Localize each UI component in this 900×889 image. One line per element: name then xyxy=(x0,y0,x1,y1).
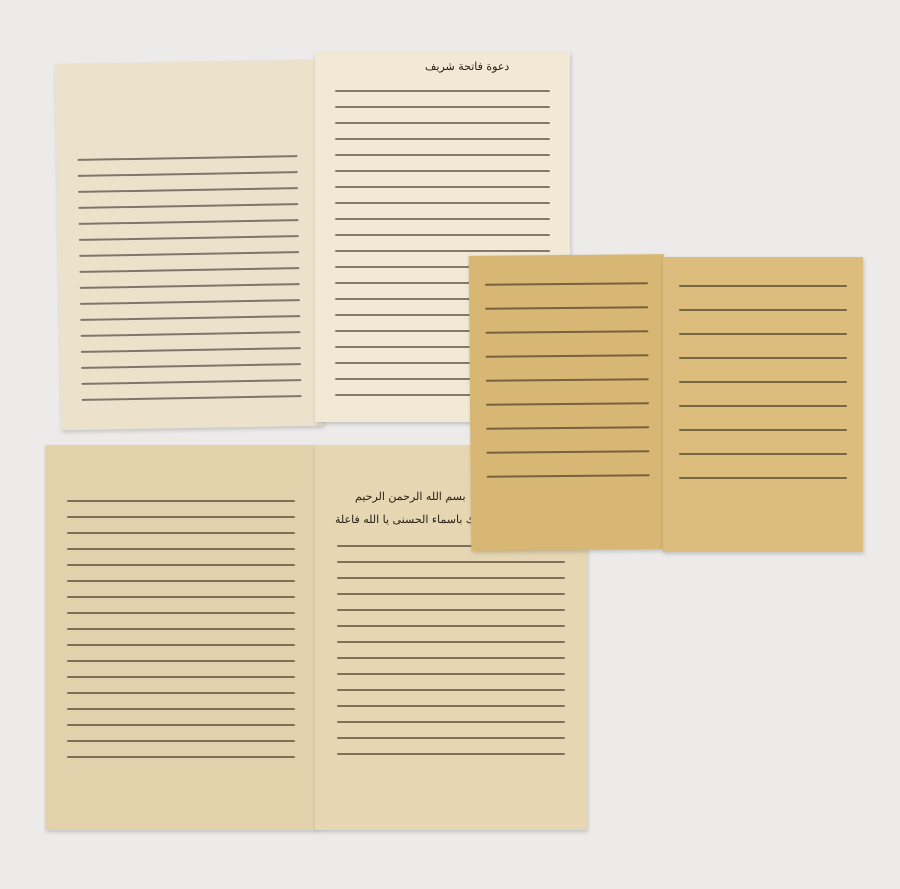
manuscript-top-left-left-page: بسم الله الرحمن الرحيم xyxy=(55,60,323,431)
manuscript-heading: دعوة فاتحة شريف xyxy=(425,60,509,73)
manuscript-small-left-page xyxy=(469,254,667,551)
manuscript-bottom-left-page xyxy=(45,445,317,830)
manuscript-heading: بسم الله الرحمن الرحيم xyxy=(355,490,466,503)
manuscript-small-right-page xyxy=(663,257,863,552)
